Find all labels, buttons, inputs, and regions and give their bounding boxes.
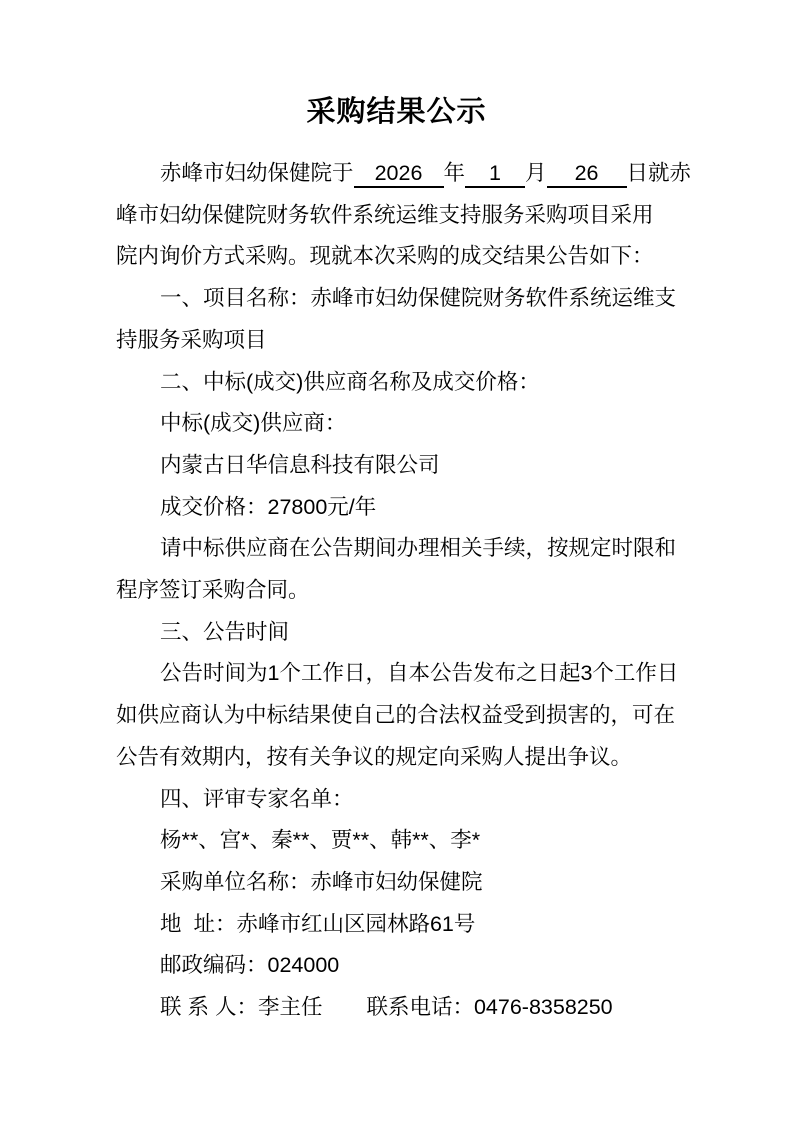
date-year-label: 年 [444,161,466,185]
procedure-line: 请中标供应商在公告期间办理相关手续，按规定时限和 [116,528,793,570]
date-line-prefix: 赤峰市妇幼保健院于 [160,161,354,185]
date-day-label: 日就赤 [627,161,692,185]
contact-line: 联 系 人：李主任联系电话：0476-8358250 [116,987,793,1029]
intro-line: 院内询价方式采购。现就本次采购的成交结果公告如下： [116,236,793,278]
section2-heading: 二、中标(成交)供应商名称及成交价格： [116,362,793,404]
notice-period-line: 公告时间为1个工作日，自本公告发布之日起3个工作日 [116,653,793,695]
date-line: 赤峰市妇幼保健院于2026年1月26日就赤 [116,153,793,195]
section1-project-name: 一、项目名称：赤峰市妇幼保健院财务软件系统运维支 [116,278,793,320]
intro-line: 峰市妇幼保健院财务软件系统运维支持服务采购项目采用 [116,195,793,237]
date-month-blank: 1 [465,160,525,188]
section4-heading: 四、评审专家名单： [116,779,793,821]
notice-period-line: 如供应商认为中标结果使自己的合法权益受到损害的，可在 [116,695,793,737]
section3-heading: 三、公告时间 [116,612,793,654]
expert-list-line: 杨**、宫*、秦**、贾**、韩**、李* [116,820,793,862]
notice-period-line: 公告有效期内，按有关争议的规定向采购人提出争议。 [116,737,793,779]
date-year-blank: 2026 [354,160,444,188]
contact-person: 联 系 人：李主任 [160,995,322,1019]
supplier-label-line: 中标(成交)供应商： [116,403,793,445]
postcode-line: 邮政编码：024000 [116,945,793,987]
date-day-blank: 26 [547,160,627,188]
page-title: 采购结果公示 [0,0,793,132]
procedure-line: 程序签订采购合同。 [116,570,793,612]
supplier-name-line: 内蒙古日华信息科技有限公司 [116,445,793,487]
purchaser-name-line: 采购单位名称：赤峰市妇幼保健院 [116,862,793,904]
document-body: 赤峰市妇幼保健院于2026年1月26日就赤 峰市妇幼保健院财务软件系统运维支持服… [0,153,793,1029]
document-page: 采购结果公示 赤峰市妇幼保健院于2026年1月26日就赤 峰市妇幼保健院财务软件… [0,0,793,1121]
date-month-label: 月 [525,161,547,185]
contact-phone: 联系电话：0476-8358250 [366,995,612,1019]
address-line: 地 址：赤峰市红山区园林路61号 [116,904,793,946]
price-line: 成交价格：27800元/年 [116,487,793,529]
section1-project-name: 持服务采购项目 [116,320,793,362]
